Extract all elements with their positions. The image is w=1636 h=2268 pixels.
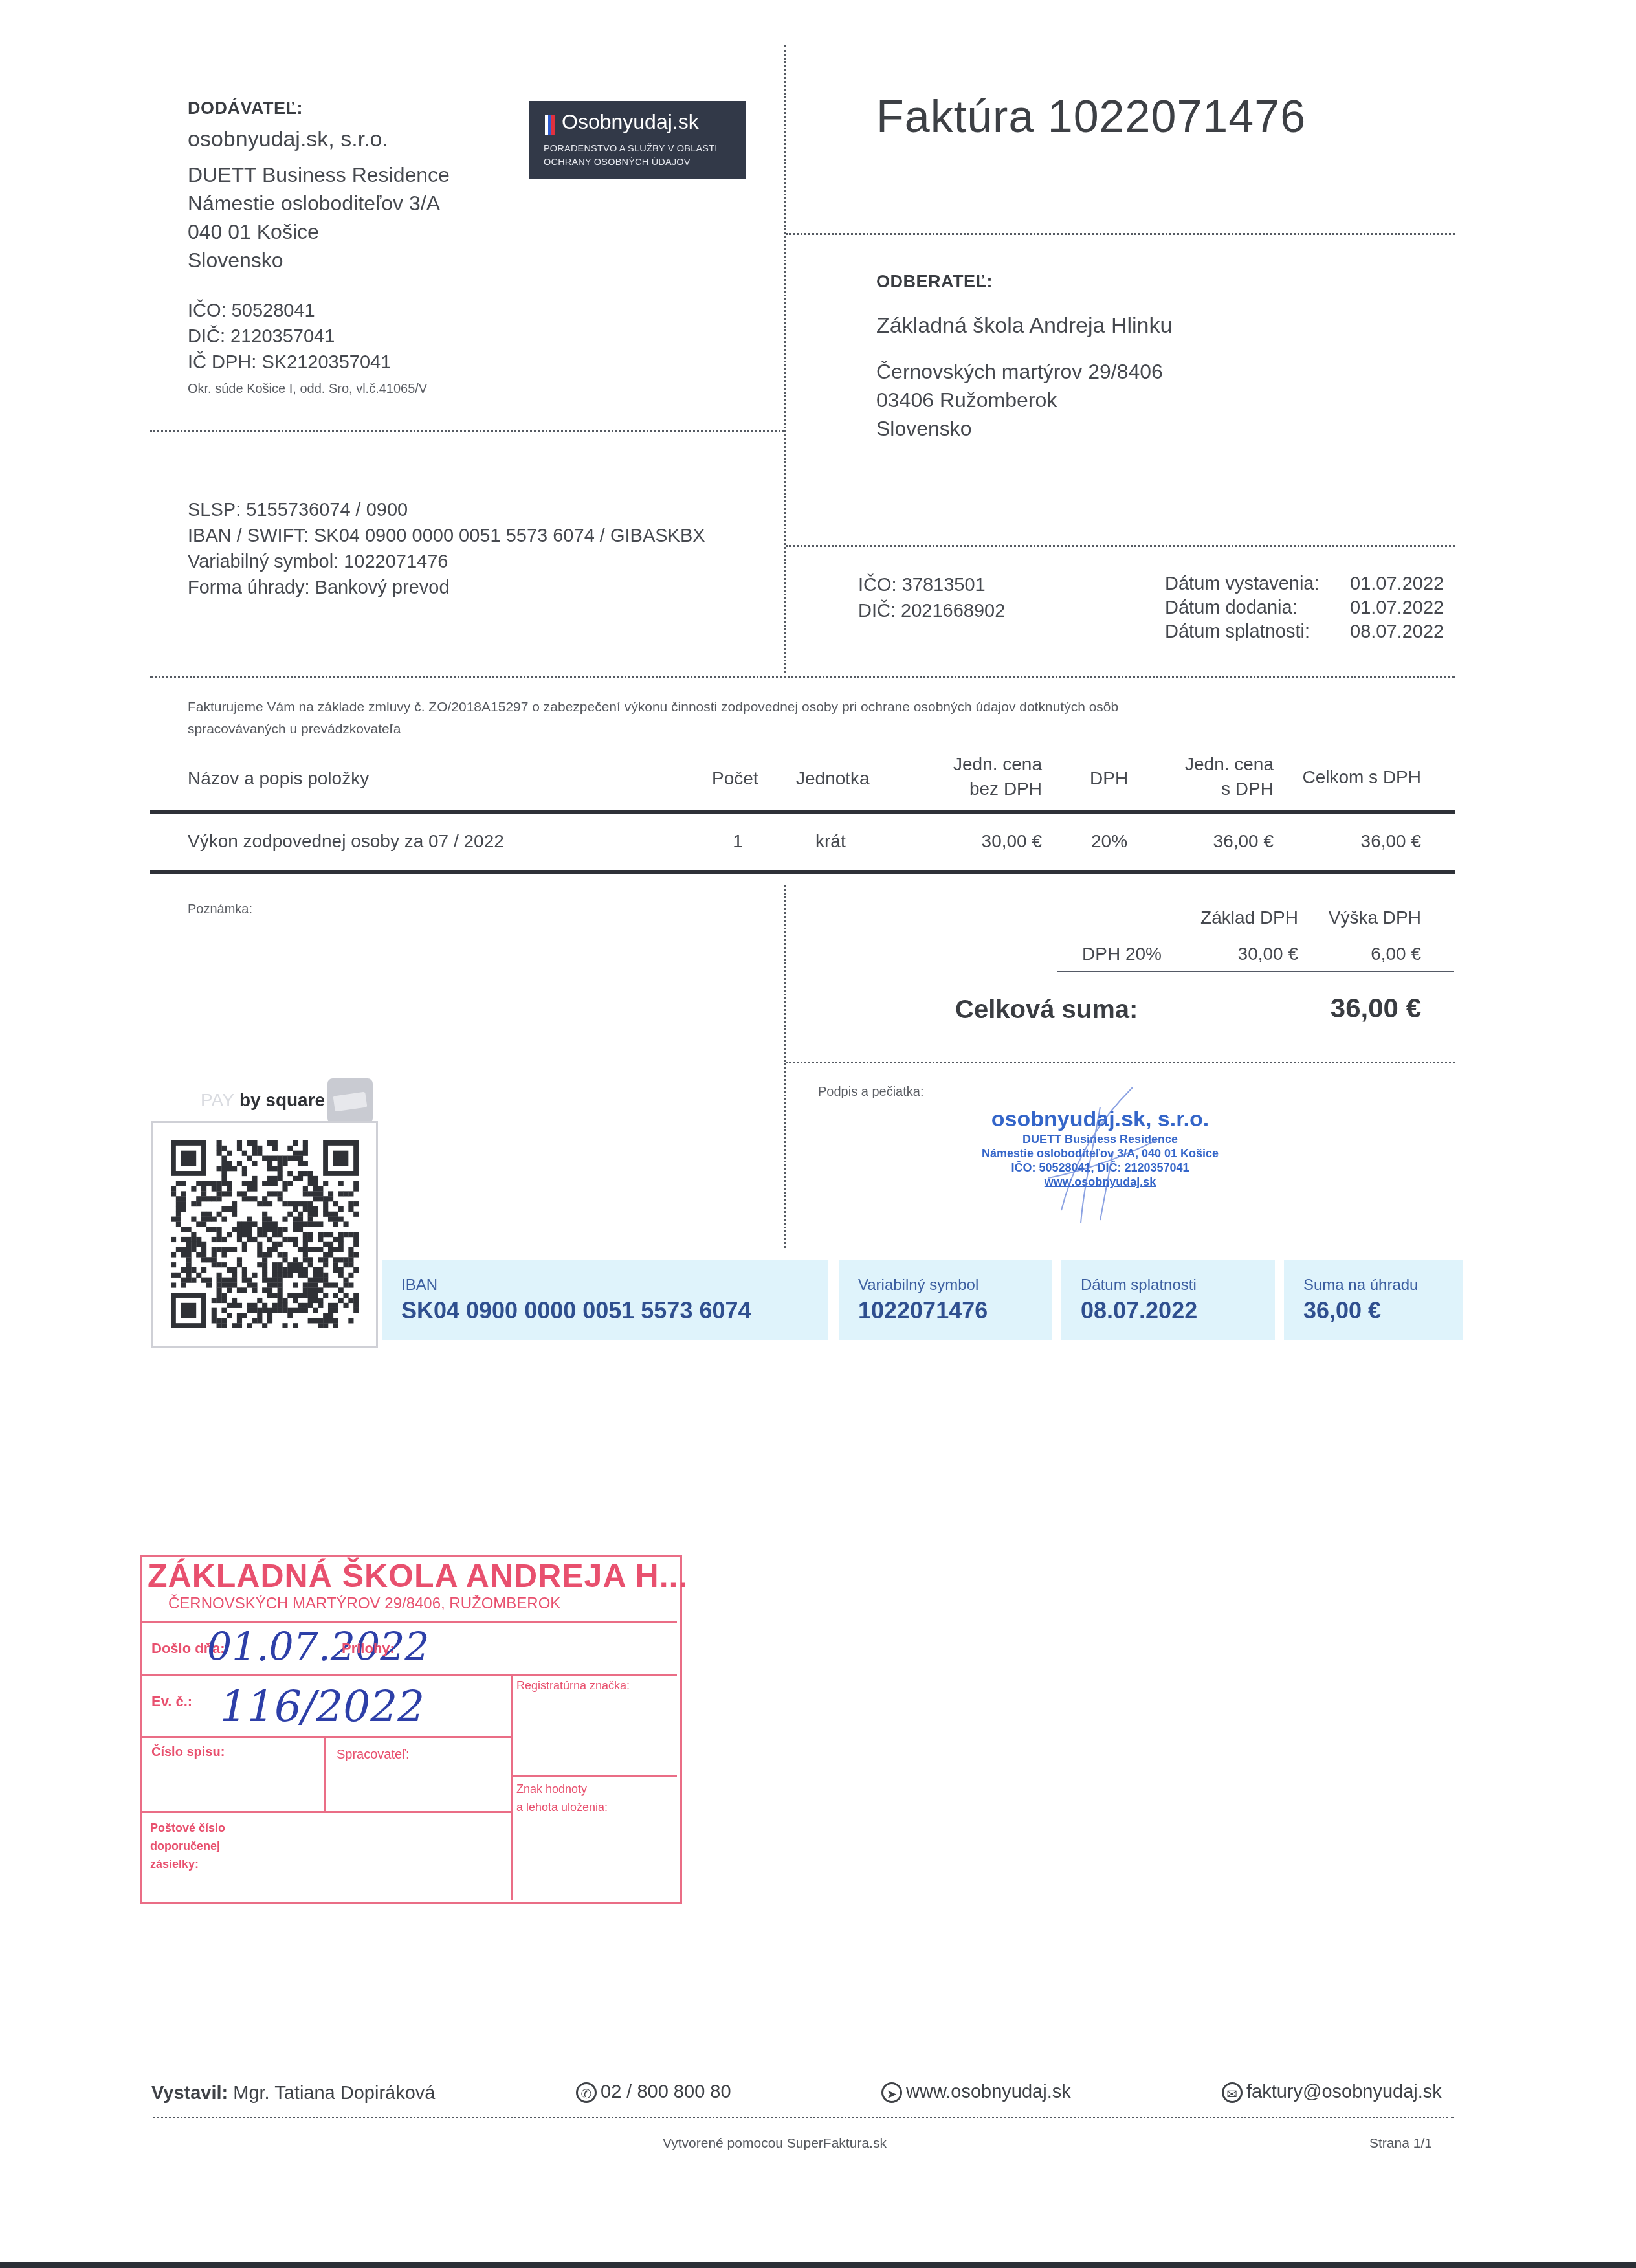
flag-icon	[545, 115, 555, 135]
customer-address-line: Slovensko	[876, 414, 1163, 443]
footer-phone[interactable]: ✆02 / 800 800 80	[576, 2082, 731, 2103]
table-footer-rule	[150, 870, 1455, 874]
item-unit: krát	[815, 831, 846, 852]
registry-title: ZÁKLADNÁ ŠKOLA ANDREJA H...	[148, 1557, 688, 1595]
handwritten-signature	[1022, 1081, 1191, 1230]
strip-label: Dátum splatnosti	[1081, 1276, 1197, 1295]
signature-label: Podpis a pečiatka:	[818, 1085, 923, 1100]
email-link[interactable]: faktury@osobnyudaj.sk	[1246, 2082, 1442, 2102]
date-label: Dátum vystavenia:	[1165, 572, 1350, 596]
strip-value: 08.07.2022	[1081, 1297, 1197, 1324]
date-value: 08.07.2022	[1350, 621, 1444, 642]
divider-title	[786, 233, 1455, 235]
created-with: Vytvorené pomocou SuperFaktura.sk	[663, 2136, 887, 2151]
received-date-handwritten: 01.07.2022	[207, 1625, 430, 1670]
ev-number-handwritten: 116/2022	[220, 1682, 425, 1731]
strip-value: 1022071476	[858, 1297, 988, 1324]
intro-line: Fakturujeme Vám na základe zmluvy č. ZO/…	[188, 696, 1450, 718]
supplier-label: DODÁVATEĽ:	[188, 98, 303, 118]
header-line: Jedn. cena	[1152, 752, 1274, 777]
vertical-divider-bottom	[784, 885, 786, 1248]
col-header-unit-price-excl: Jedn. cena bez DPH	[919, 752, 1042, 801]
supplier-ico: IČO: 50528041	[188, 298, 391, 324]
customer-address-line: 03406 Ružomberok	[876, 386, 1163, 414]
registry-subtitle: ČERNOVSKÝCH MARTÝROV 29/8406, RUŽOMBEROK	[168, 1595, 560, 1613]
vat-header-amount: Výška DPH	[1314, 906, 1421, 929]
strip-label: Suma na úhradu	[1303, 1276, 1418, 1295]
item-qty: 1	[725, 831, 751, 852]
col-header-total: Celkom s DPH	[1294, 765, 1421, 790]
bank-variable-symbol: Variabilný symbol: 1022071476	[188, 549, 705, 575]
issued-by: Vystavil: Mgr. Tatiana Dopiráková	[151, 2083, 435, 2104]
phone-icon: ✆	[576, 2082, 597, 2103]
strip-iban: IBAN SK04 0900 0000 0051 5573 6074	[382, 1260, 828, 1340]
logo-tagline-line: PORADENSTVO A SLUŽBY V OBLASTI	[544, 142, 717, 156]
card-icon	[327, 1078, 373, 1124]
header-line: bez DPH	[919, 777, 1042, 801]
postal-number-label: Poštové číslo doporučenej zásielky:	[150, 1819, 225, 1873]
vat-base: 30,00 €	[1178, 942, 1298, 966]
item-unit-price-excl: 30,00 €	[919, 831, 1042, 852]
col-header-unit: Jednotka	[796, 766, 870, 791]
divider-supplier	[150, 430, 784, 432]
intro-line: spracovávaných u prevádzkovateľa	[188, 718, 1450, 740]
by-square-text: by square	[239, 1090, 325, 1110]
qr-code	[171, 1140, 359, 1328]
supplier-registry: Okr. súde Košice I, odd. Sro, vl.č.41065…	[188, 382, 427, 397]
qr-code-frame	[151, 1121, 378, 1348]
issued-by-name: Mgr. Tatiana Dopiráková	[233, 2083, 435, 2104]
divider-header	[150, 676, 1455, 678]
company-logo: Osobnyudaj.sk PORADENSTVO A SLUŽBY V OBL…	[529, 101, 746, 179]
postal-line: Poštové číslo	[150, 1819, 225, 1837]
supplier-address-line: Námestie osloboditeľov 3/A	[188, 189, 450, 217]
footer-website[interactable]: ➤www.osobnyudaj.sk	[881, 2082, 1071, 2103]
date-row: Dátum splatnosti:08.07.2022	[1165, 620, 1444, 644]
date-label: Dátum dodania:	[1165, 596, 1350, 620]
item-vat: 20%	[1091, 831, 1127, 852]
logo-name: Osobnyudaj.sk	[562, 110, 699, 134]
date-value: 01.07.2022	[1350, 573, 1444, 594]
vat-summary-rule	[1057, 971, 1454, 972]
table-header-rule	[150, 810, 1455, 814]
supplier-address: DUETT Business Residence Námestie oslobo…	[188, 161, 450, 274]
supplier-dic: DIČ: 2120357041	[188, 324, 391, 350]
vat-rate: DPH 20%	[1082, 942, 1162, 966]
footer-email[interactable]: ✉faktury@osobnyudaj.sk	[1222, 2082, 1442, 2103]
date-label: Dátum splatnosti:	[1165, 620, 1350, 644]
customer-ids: IČO: 37813501 DIČ: 2021668902	[858, 572, 1005, 624]
supplier-name: osobnyudaj.sk, s.r.o.	[188, 127, 388, 152]
supplier-address-line: DUETT Business Residence	[188, 161, 450, 189]
invoice-intro: Fakturujeme Vám na základe zmluvy č. ZO/…	[188, 696, 1450, 740]
postal-line: doporučenej	[150, 1837, 225, 1855]
divider-summary	[786, 1062, 1455, 1063]
date-row: Dátum vystavenia:01.07.2022	[1165, 572, 1444, 596]
footer-divider	[153, 2117, 1454, 2118]
date-row: Dátum dodania:01.07.2022	[1165, 596, 1444, 620]
logo-tagline: PORADENSTVO A SLUŽBY V OBLASTI OCHRANY O…	[544, 142, 717, 170]
strip-variable-symbol: Variabilný symbol 1022071476	[839, 1260, 1052, 1340]
strip-value: SK04 0900 0000 0051 5573 6074	[401, 1297, 751, 1324]
vat-header-base: Základ DPH	[1178, 906, 1298, 929]
website-link[interactable]: www.osobnyudaj.sk	[906, 2082, 1071, 2102]
logo-tagline-line: OCHRANY OSOBNÝCH ÚDAJOV	[544, 156, 717, 170]
pay-by-square-label: PAYby square	[201, 1090, 325, 1111]
total-label: Celková suma:	[955, 995, 1138, 1025]
ev-label: Ev. č.:	[151, 1693, 192, 1710]
mail-icon: ✉	[1222, 2082, 1243, 2103]
customer-ico: IČO: 37813501	[858, 572, 1005, 598]
cursor-icon: ➤	[881, 2082, 902, 2103]
registry-stamp: ZÁKLADNÁ ŠKOLA ANDREJA H... ČERNOVSKÝCH …	[140, 1555, 682, 1904]
customer-address: Černovských martýrov 29/8406 03406 Ružom…	[876, 357, 1163, 443]
file-number-label: Číslo spisu:	[151, 1745, 225, 1760]
bank-payment-method: Forma úhrady: Bankový prevod	[188, 575, 705, 601]
divider-customer	[786, 545, 1455, 547]
vat-amount: 6,00 €	[1314, 942, 1421, 966]
col-header-name: Názov a popis položky	[188, 766, 369, 791]
registry-mark-label: Registratúrna značka:	[516, 1679, 630, 1693]
bank-account: SLSP: 5155736074 / 0900	[188, 497, 705, 523]
supplier-ic-dph: IČ DPH: SK2120357041	[188, 350, 391, 375]
customer-address-line: Černovských martýrov 29/8406	[876, 357, 1163, 386]
retention-line: Znak hodnoty	[516, 1780, 608, 1798]
invoice-dates: Dátum vystavenia:01.07.2022 Dátum dodani…	[1165, 572, 1444, 644]
header-line: Jedn. cena	[919, 752, 1042, 777]
customer-label: ODBERATEĽ:	[876, 272, 993, 292]
strip-label: IBAN	[401, 1276, 437, 1295]
col-header-unit-price-incl: Jedn. cena s DPH	[1152, 752, 1274, 801]
postal-line: zásielky:	[150, 1855, 225, 1873]
supplier-address-line: Slovensko	[188, 246, 450, 274]
customer-name: Základná škola Andreja Hlinku	[876, 313, 1172, 339]
bank-iban-swift: IBAN / SWIFT: SK04 0900 0000 0051 5573 6…	[188, 523, 705, 549]
bank-info: SLSP: 5155736074 / 0900 IBAN / SWIFT: SK…	[188, 497, 705, 601]
strip-amount: Suma na úhradu 36,00 €	[1284, 1260, 1463, 1340]
vertical-divider-top	[784, 45, 786, 673]
col-header-vat: DPH	[1090, 766, 1128, 791]
total-value: 36,00 €	[1268, 993, 1421, 1024]
item-unit-price-incl: 36,00 €	[1152, 831, 1274, 852]
note-label: Poznámka:	[188, 902, 252, 917]
processor-label: Spracovateľ:	[337, 1748, 410, 1762]
supplier-address-line: 040 01 Košice	[188, 217, 450, 246]
retention-label: Znak hodnoty a lehota uloženia:	[516, 1780, 608, 1816]
pay-text: PAY	[201, 1090, 234, 1110]
scan-edge	[0, 2262, 1636, 2268]
header-line: s DPH	[1152, 777, 1274, 801]
strip-label: Variabilný symbol	[858, 1276, 978, 1295]
supplier-ids: IČO: 50528041 DIČ: 2120357041 IČ DPH: SK…	[188, 298, 391, 375]
col-header-qty: Počet	[712, 766, 758, 791]
strip-due-date: Dátum splatnosti 08.07.2022	[1061, 1260, 1275, 1340]
retention-line: a lehota uloženia:	[516, 1798, 608, 1816]
date-value: 01.07.2022	[1350, 597, 1444, 618]
customer-dic: DIČ: 2021668902	[858, 598, 1005, 624]
item-total: 36,00 €	[1294, 831, 1421, 852]
issued-by-label: Vystavil:	[151, 2083, 228, 2104]
phone-text[interactable]: 02 / 800 800 80	[601, 2082, 731, 2102]
strip-value: 36,00 €	[1303, 1297, 1381, 1324]
item-name: Výkon zodpovednej osoby za 07 / 2022	[188, 831, 504, 852]
attachments-label: Prílohy:	[342, 1640, 395, 1657]
page-number: Strana 1/1	[1369, 2136, 1432, 2151]
invoice-title: Faktúra 1022071476	[876, 91, 1306, 142]
